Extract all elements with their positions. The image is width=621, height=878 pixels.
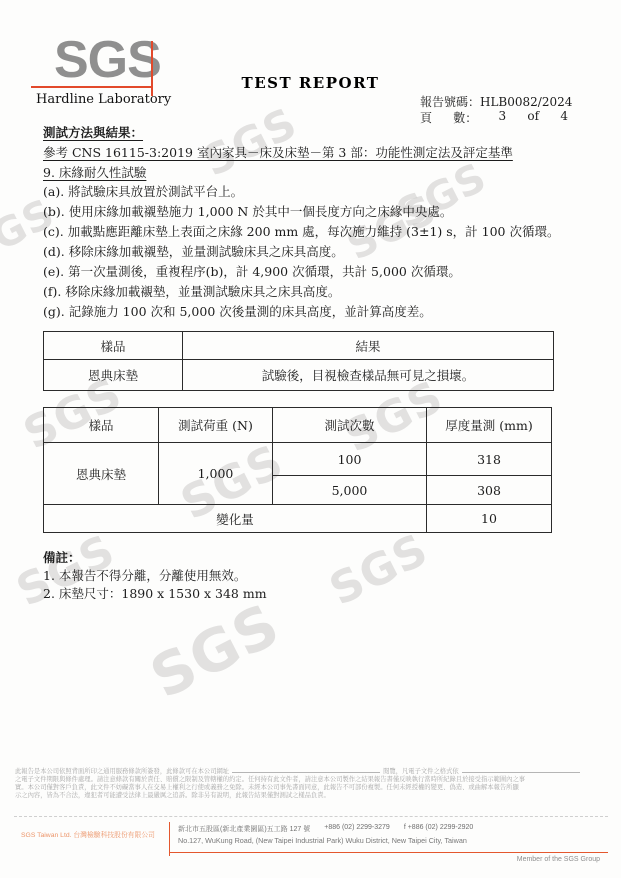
url-blank-line: [462, 767, 580, 773]
sgs-watermark: SGS: [140, 590, 290, 711]
address-en: No.127, WuKung Road, (New Taipei Industr…: [178, 836, 608, 845]
page-current: 3: [499, 109, 507, 126]
test-step-c: (c). 加載點應距離床墊上表面之床緣 200 mm 處，每次施力維持 (3±1…: [43, 222, 588, 242]
footer-separator: [14, 816, 608, 817]
page-label: 頁: [420, 109, 432, 126]
meas-load-cell: 1,000: [159, 443, 273, 505]
test-steps: (a). 將試驗床具放置於測試平台上。 (b). 使用床緣加載襯墊施力 1,00…: [43, 182, 588, 322]
test-step-b: (b). 使用床緣加載襯墊施力 1,000 N 於其中一個長度方向之床緣中央處。: [43, 202, 588, 222]
meas-col-thickness: 厚度量測 (mm): [427, 408, 552, 443]
fax-number: f +886 (02) 2299-2920: [404, 824, 473, 834]
footer-horizontal-divider: [169, 852, 608, 853]
company-name: SGS Taiwan Ltd. 台灣檢驗科技股份有限公司: [21, 831, 163, 840]
meas-cycles-cell: 5,000: [273, 476, 427, 505]
url-blank-line: [232, 767, 380, 773]
meas-thickness-cell: 308: [427, 476, 552, 505]
member-text: Member of the SGS Group: [308, 856, 600, 863]
phone-number: +886 (02) 2299-3279: [324, 824, 390, 834]
report-number: 報告號碼：HLB0082/2024: [420, 93, 572, 110]
disclaimer-line-1: 此報告是本公司依照背面所印之通用服務條款所簽發，此條款可在本公司網址閱覽，凡電子…: [15, 767, 609, 776]
table-row: 變化量 10: [44, 505, 552, 533]
notes-section: 備註： 1. 本報告不得分離，分離使用無效。 2. 床墊尺寸：1890 x 15…: [43, 549, 267, 603]
meas-col-cycles: 測試次數: [273, 408, 427, 443]
result-value-cell: 試驗後，目視檢查樣品無可見之損壞。: [183, 360, 554, 391]
report-title: TEST REPORT: [0, 74, 621, 92]
reference-standard: 參考 CNS 16115-3:2019 室內家具－床及床墊－第 3 部：功能性測…: [43, 143, 513, 161]
meas-sample-cell: 恩典床墊: [44, 443, 159, 505]
test-step-d: (d). 移除床緣加載襯墊，並量測試驗床具之床具高度。: [43, 242, 588, 262]
test-step-f: (f). 移除床緣加載襯墊，並量測試驗床具之床具高度。: [43, 282, 588, 302]
footer-vertical-divider: [169, 822, 170, 856]
sgs-watermark: SGS: [322, 524, 436, 616]
disclaimer-line-2: 之電子文件期限與條件處理。請注意條款有關於責任、賠償之限制及管轄權的約定。任何持…: [15, 776, 609, 784]
address-zh: 新北市五股區(新北產業園區)五工路 127 號: [178, 824, 310, 834]
page-label2: 數：: [453, 109, 477, 126]
note-item: 1. 本報告不得分離，分離使用無效。: [43, 567, 267, 585]
disclaimer-text: 此報告是本公司依照背面所印之通用服務條款所簽發，此條款可在本公司網址: [15, 768, 229, 775]
page-total: 4: [560, 109, 568, 126]
section-heading: 測試方法與結果：: [43, 123, 143, 141]
meas-thickness-cell: 318: [427, 443, 552, 476]
result-table: 樣品 結果 恩典床墊 試驗後，目視檢查樣品無可見之損壞。: [43, 331, 554, 391]
table-row: 恩典床墊 1,000 100 318: [44, 443, 552, 476]
disclaimer-line-4: 示之內容，皆為不合法，違犯者可能遭受法律上最嚴厲之追訴。除非另有說明，此報告結果…: [15, 792, 609, 800]
page-number-line: 頁 數： 3 of 4: [420, 109, 568, 126]
disclaimer-line-3: 實。本公司僅對客戶負責，此文件不妨礙當事人在交易上權利之行使或義務之免除。未經本…: [15, 784, 609, 792]
result-table-col-sample: 樣品: [44, 332, 183, 360]
measurement-table: 樣品 測試荷重 (N) 測試次數 厚度量測 (mm) 恩典床墊 1,000 10…: [43, 407, 552, 533]
notes-heading: 備註：: [43, 549, 267, 567]
test-report-page: SGS SGS SGS SGS SGS SGS SGS SGS SGS SGS …: [0, 0, 621, 878]
meas-col-load: 測試荷重 (N): [159, 408, 273, 443]
footer-address-zh-line: 新北市五股區(新北產業園區)五工路 127 號 +886 (02) 2299-3…: [178, 824, 598, 834]
lab-name: Hardline Laboratory: [36, 92, 171, 107]
test-step-e: (e). 第一次量測後，重複程序(b)，計 4,900 次循環，共計 5,000…: [43, 262, 588, 282]
test-step-a: (a). 將試驗床具放置於測試平台上。: [43, 182, 588, 202]
sgs-watermark: SGS: [195, 98, 305, 186]
disclaimer: 此報告是本公司依照背面所印之通用服務條款所簽發，此條款可在本公司網址閱覽，凡電子…: [15, 767, 609, 800]
test-step-g: (g). 記錄施力 100 次和 5,000 次後量測的床具高度，並計算高度差。: [43, 302, 588, 322]
result-table-col-result: 結果: [183, 332, 554, 360]
meas-cycles-cell: 100: [273, 443, 427, 476]
change-value-cell: 10: [427, 505, 552, 533]
test-title: 9. 床緣耐久性試驗: [43, 163, 146, 181]
table-row: 恩典床墊 試驗後，目視檢查樣品無可見之損壞。: [44, 360, 554, 391]
meas-col-sample: 樣品: [44, 408, 159, 443]
disclaimer-text: 閱覽，凡電子文件之格式依: [383, 768, 459, 775]
note-item: 2. 床墊尺寸：1890 x 1530 x 348 mm: [43, 585, 267, 603]
page-of: of: [527, 109, 539, 126]
result-sample-cell: 恩典床墊: [44, 360, 183, 391]
change-label-cell: 變化量: [44, 505, 427, 533]
